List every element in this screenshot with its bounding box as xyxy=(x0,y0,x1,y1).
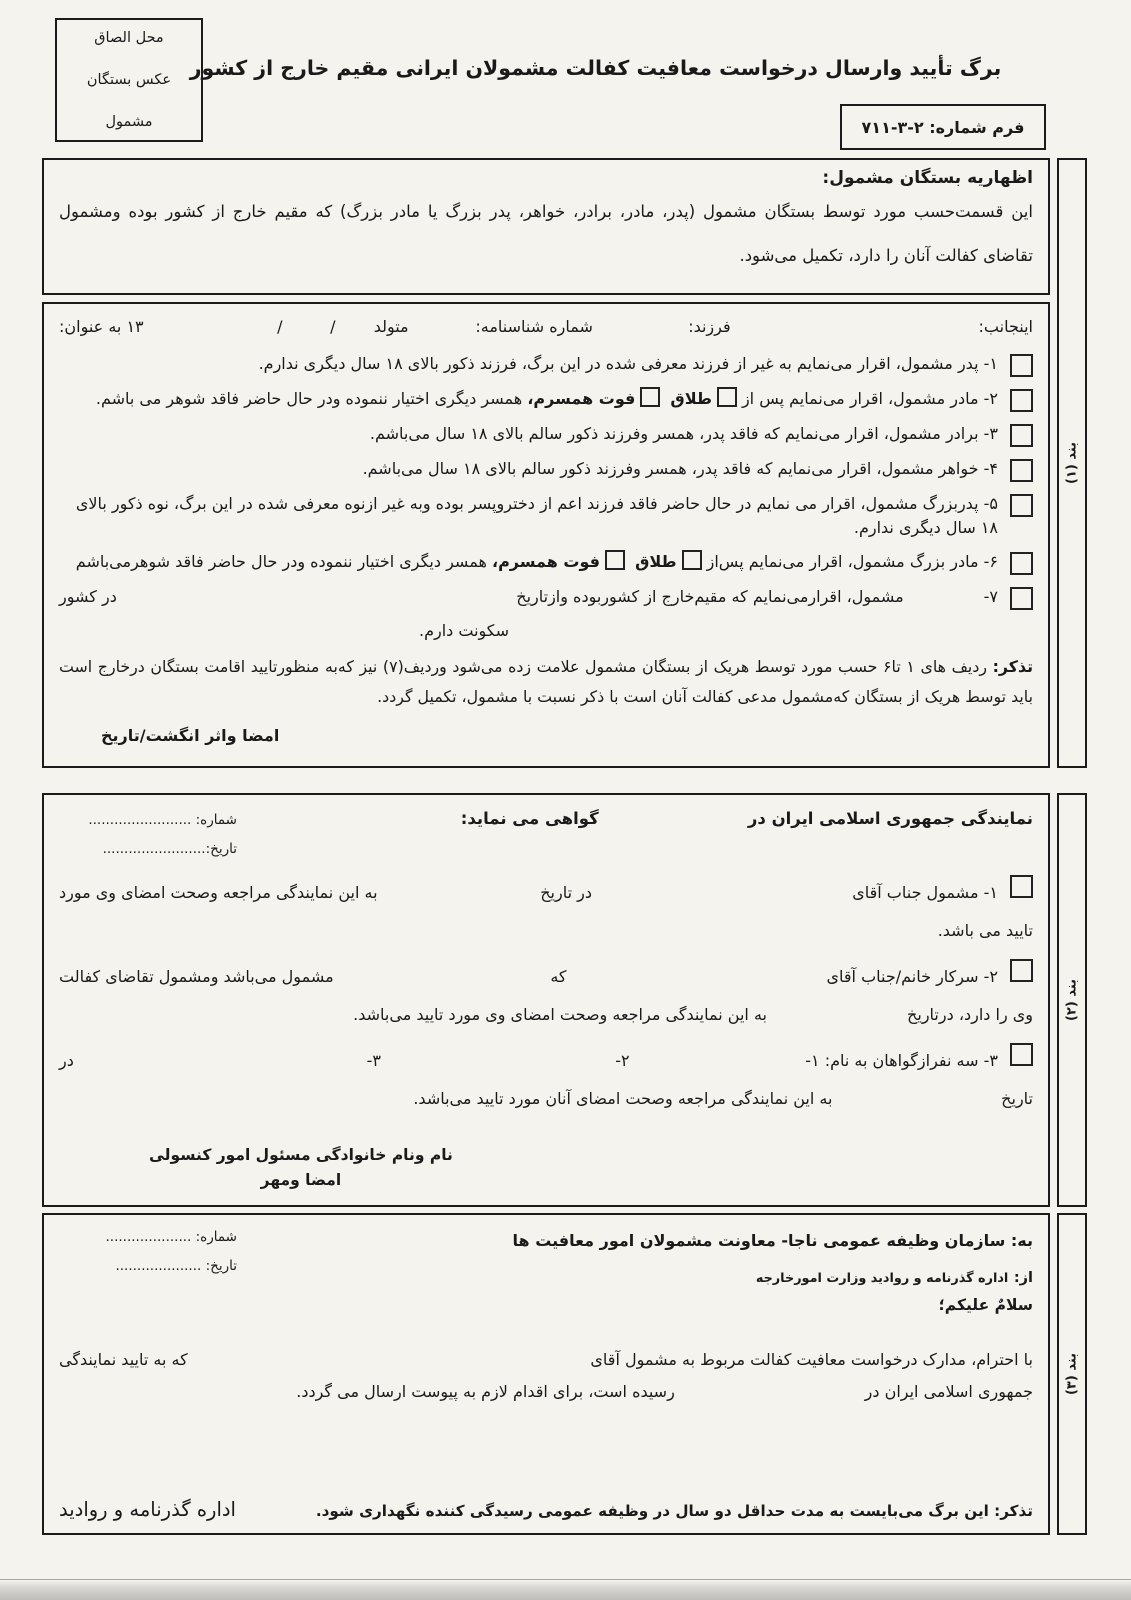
band-1-section: بند (۱) اظهاریه بستگان مشمول: این قسمت‌ح… xyxy=(42,158,1087,768)
statement-row-5: ۵- پدربزرگ مشمول، اقرار می نمایم در حال … xyxy=(59,492,1033,540)
statement-1-number: ۱- xyxy=(984,354,998,373)
salutation: سلامٌ علیکم؛ xyxy=(59,1296,1033,1314)
certify-3-number: ۳- xyxy=(984,1051,998,1070)
statement-row-7: ۷- مشمول، اقرارمی‌نمایم که مقیم‌خارج از … xyxy=(59,585,1033,610)
letter-header-row: به: سازمان وظیفه عمومی ناجا- معاونت مشمو… xyxy=(59,1229,1033,1286)
statement-6-option-divorce: طلاق xyxy=(635,552,677,571)
letter-body-1b: که به تایید نمایندگی xyxy=(59,1344,188,1376)
statement-7-number: ۷- xyxy=(984,585,998,609)
number-field[interactable]: شماره: ........................ xyxy=(59,812,237,828)
certify-2-a: ۲- سرکار خانم/جناب آقای xyxy=(827,965,999,989)
statement-row-1: ۱- پدر مشمول، اقرار می‌نمایم به غیر از ف… xyxy=(59,352,1033,377)
declaration-box: اظهاریه بستگان مشمول: این قسمت‌حسب مورد … xyxy=(42,158,1050,295)
checkbox-certify-3[interactable] xyxy=(1010,1043,1033,1066)
statement-2-pre: مادر مشمول، اقرار می‌نمایم پس از xyxy=(742,389,979,408)
passport-office-label: اداره گذرنامه و روادید xyxy=(59,1498,236,1521)
statements-box: اینجانب: فرزند: شماره شناسنامه: متولد / … xyxy=(42,302,1050,768)
band-3-section: بند (۳) به: سازمان وظیفه عمومی ناجا- معا… xyxy=(42,1213,1087,1535)
letter-body-2a: جمهوری اسلامی ایران در xyxy=(865,1376,1033,1408)
number-dotted-line: ........................ xyxy=(88,812,191,828)
certify-2-line2-body: به این نمایندگی مراجعه وصحت امضای وی مور… xyxy=(353,1003,767,1027)
checkbox-certify-1[interactable] xyxy=(1010,875,1033,898)
signature-seal-label: امضا ومهر xyxy=(149,1168,453,1193)
representation-heading: نمایندگی جمهوری اسلامی ایران در xyxy=(748,809,1033,828)
statement-6-post: همسر دیگری اختیار ننموده ودر حال حاضر فا… xyxy=(76,552,487,571)
checkbox-certify-2[interactable] xyxy=(1010,959,1033,982)
letter-body-1a: با احترام، مدارک درخواست معافیت کفالت مر… xyxy=(590,1344,1033,1376)
identity-label-child-of: فرزند: xyxy=(688,316,730,338)
letter-to-line: به: سازمان وظیفه عمومی ناجا- معاونت مشمو… xyxy=(237,1229,1033,1253)
certify-3-line2-right: تاریخ xyxy=(1001,1087,1033,1111)
statement-4-number: ۴- xyxy=(984,459,998,478)
certify-3-n3: ۳- xyxy=(367,1049,381,1073)
photo-box-line: محل الصاق xyxy=(61,30,197,46)
certify-1-tail: به این نمایندگی مراجعه وصحت امضای وی مور… xyxy=(59,881,378,905)
band-1-label: بند (۱) xyxy=(1065,442,1080,484)
certify-1-label: مشمول جناب آقای xyxy=(852,883,978,902)
form-title: برگ تأیید وارسال درخواست معافیت کفالت مش… xyxy=(140,56,1051,80)
statement-4-body: خواهر مشمول، اقرار می‌نمایم که فاقد پدر،… xyxy=(363,459,979,478)
checkbox-grandmother[interactable] xyxy=(1010,552,1033,575)
identity-row: اینجانب: فرزند: شماره شناسنامه: متولد / … xyxy=(59,316,1033,338)
statement-row-2: ۲- مادر مشمول، اقرار می‌نمایم پس ازطلاق … xyxy=(59,387,1033,412)
statement-1-body: پدر مشمول، اقرار می‌نمایم به غیر از فرزن… xyxy=(259,354,979,373)
certify-2-line2: وی را دارد، درتاریخ به این نمایندگی مراج… xyxy=(59,1003,1033,1027)
retention-note: تذکر: این برگ می‌بایست به مدت حداقل دو س… xyxy=(316,1502,1033,1520)
band-3-content: به: سازمان وظیفه عمومی ناجا- معاونت مشمو… xyxy=(42,1213,1050,1535)
scanner-edge-shadow xyxy=(0,1579,1131,1600)
band-3-side-strip: بند (۳) xyxy=(1057,1213,1087,1535)
statement-row-4: ۴- خواهر مشمول، اقرار می‌نمایم که فاقد پ… xyxy=(59,457,1033,482)
identity-label-year-role: ۱۳ به عنوان: xyxy=(59,316,144,338)
certify-row-3: ۳- سه نفرازگواهان به نام: ۱- ۲- ۳- در xyxy=(59,1041,1033,1073)
number-dotted-line-3: .................... xyxy=(106,1229,192,1245)
letter-body: با احترام، مدارک درخواست معافیت کفالت مر… xyxy=(59,1344,1033,1408)
letter-footer-row: تذکر: این برگ می‌بایست به مدت حداقل دو س… xyxy=(59,1498,1033,1521)
statement-6-pre: مادر بزرگ مشمول، اقرار می‌نمایم پس‌از xyxy=(707,552,979,571)
band-2-number-date: شماره: ........................ تاریخ:..… xyxy=(59,812,237,857)
statement-7-line2: سکونت دارم. xyxy=(59,620,1033,642)
date-label: تاریخ: xyxy=(206,841,237,857)
letter-box: به: سازمان وظیفه عمومی ناجا- معاونت مشمو… xyxy=(42,1213,1050,1535)
letter-from-line: از: اداره گذرنامه و روادید وزارت امورخار… xyxy=(237,1267,1033,1286)
certify-3-label: سه نفرازگواهان به نام: ۱- xyxy=(805,1051,978,1070)
statement-7-body: مشمول، اقرارمی‌نمایم که مقیم‌خارج از کشو… xyxy=(516,585,904,609)
statement-3-number: ۳- xyxy=(984,424,998,443)
letter-body-line-2: جمهوری اسلامی ایران در رسیده است، برای ا… xyxy=(59,1376,1033,1408)
band-2-side-strip: بند (۲) xyxy=(1057,793,1087,1207)
statement-6-text: ۶- مادر بزرگ مشمول، اقرار می‌نمایم پس‌از… xyxy=(59,550,998,574)
band-2-section: بند (۲) نمایندگی جمهوری اسلامی ایران در … xyxy=(42,793,1087,1207)
statement-2-option-death: فوت همسرم، xyxy=(527,389,635,408)
certify-3-line2-body: به این نمایندگی مراجعه وصحت امضای آنان م… xyxy=(413,1087,832,1111)
certify-3-n2: ۲- xyxy=(615,1049,629,1073)
identity-label-born: متولد xyxy=(374,316,409,338)
checkbox-father[interactable] xyxy=(1010,354,1033,377)
band-2-content: نمایندگی جمهوری اسلامی ایران در گواهی می… xyxy=(42,793,1050,1207)
date-dotted-line: ........................ xyxy=(103,841,206,857)
statement-2-text: ۲- مادر مشمول، اقرار می‌نمایم پس ازطلاق … xyxy=(59,387,998,411)
certify-3-dar: در xyxy=(59,1049,74,1073)
number-label: شماره: xyxy=(196,812,237,828)
letter-addresses: به: سازمان وظیفه عمومی ناجا- معاونت مشمو… xyxy=(237,1229,1033,1286)
band-1-side-strip: بند (۱) xyxy=(1057,158,1087,768)
certify-3-a: ۳- سه نفرازگواهان به نام: ۱- xyxy=(805,1049,998,1073)
statement-5-body: پدربزرگ مشمول، اقرار می نمایم در حال حاض… xyxy=(76,494,998,537)
checkbox-spouse-death[interactable] xyxy=(640,387,660,407)
representation-header-row: نمایندگی جمهوری اسلامی ایران در گواهی می… xyxy=(59,809,1033,857)
statement-row-3: ۳- برادر مشمول، اقرار می‌نمایم که فاقد پ… xyxy=(59,422,1033,447)
note-body: ردیف های ۱ تا۶ حسب مورد توسط هریک از بست… xyxy=(59,657,1033,706)
checkbox-mother[interactable] xyxy=(1010,389,1033,412)
statement-3-text: ۳- برادر مشمول، اقرار می‌نمایم که فاقد پ… xyxy=(59,422,998,446)
consular-official-block: نام ونام خانوادگی مسئول امور کنسولی امضا… xyxy=(149,1143,453,1193)
certify-2-tail: مشمول می‌باشد ومشمول تقاضای کفالت xyxy=(59,965,334,989)
representation-box: نمایندگی جمهوری اسلامی ایران در گواهی می… xyxy=(42,793,1050,1207)
certify-row-1: ۱- مشمول جناب آقای در تاریخ به این نماین… xyxy=(59,873,1033,905)
statement-5-text: ۵- پدربزرگ مشمول، اقرار می نمایم در حال … xyxy=(59,492,998,540)
date-field[interactable]: تاریخ:........................ xyxy=(59,841,237,857)
checkbox-conscript[interactable] xyxy=(1010,587,1033,610)
statement-3-body: برادر مشمول، اقرار می‌نمایم که فاقد پدر،… xyxy=(370,424,979,443)
from-text: اداره گذرنامه و روادید وزارت امورخارجه xyxy=(756,1271,1008,1286)
band-1-content: اظهاریه بستگان مشمول: این قسمت‌حسب مورد … xyxy=(42,158,1050,768)
statement-6-option-death: فوت همسرم، xyxy=(492,552,600,571)
date-label-3: تاریخ: xyxy=(206,1258,237,1274)
certify-1-line2: تایید می باشد. xyxy=(59,919,1033,943)
band-3-label: بند (۳) xyxy=(1065,1353,1080,1395)
statement-2-option-divorce: طلاق xyxy=(670,389,712,408)
number-field-3[interactable]: شماره: .................... xyxy=(59,1229,237,1245)
statement-6-number: ۶- xyxy=(984,552,998,571)
certify-1-on-date: در تاریخ xyxy=(540,881,592,905)
date-slash: / xyxy=(277,316,282,338)
certify-2-line2-right: وی را دارد، درتاریخ xyxy=(907,1003,1033,1027)
letter-body-line-1: با احترام، مدارک درخواست معافیت کفالت مر… xyxy=(59,1344,1033,1376)
checkbox-divorce[interactable] xyxy=(717,387,737,407)
declaration-text: این قسمت‌حسب مورد توسط بستگان مشمول (پدر… xyxy=(59,190,1033,278)
scanned-form-page: محل الصاق عکس بستگان مشمول برگ تأیید وار… xyxy=(0,0,1131,1600)
certify-2-number: ۲- xyxy=(984,967,998,986)
statement-2-post: همسر دیگری اختیار ننموده ودر حال حاضر فا… xyxy=(96,389,522,408)
certify-3-line2: تاریخ به این نمایندگی مراجعه وصحت امضای … xyxy=(59,1087,1033,1111)
note-label: تذکر: xyxy=(993,657,1033,676)
checkbox-divorce-grandmother[interactable] xyxy=(682,550,702,570)
photo-attach-box: محل الصاق عکس بستگان مشمول xyxy=(55,18,203,142)
statement-4-text: ۴- خواهر مشمول، اقرار می‌نمایم که فاقد پ… xyxy=(59,457,998,481)
form-number: فرم شماره: ۲-۳-۷۱۱ xyxy=(862,118,1025,137)
certify-2-label: سرکار خانم/جناب آقای xyxy=(827,967,979,986)
certify-row-2: ۲- سرکار خانم/جناب آقای که مشمول می‌باشد… xyxy=(59,957,1033,989)
statement-row-6: ۶- مادر بزرگ مشمول، اقرار می‌نمایم پس‌از… xyxy=(59,550,1033,575)
date-dotted-line-3: .................... xyxy=(115,1258,201,1274)
date-field-3[interactable]: تاریخ: .................... xyxy=(59,1258,237,1274)
consular-official-name-label: نام ونام خانوادگی مسئول امور کنسولی xyxy=(149,1143,453,1168)
certify-1-number: ۱- xyxy=(984,883,998,902)
identity-label-injanab: اینجانب: xyxy=(979,316,1033,338)
number-label-3: شماره: xyxy=(196,1229,237,1245)
statement-1-text: ۱- پدر مشمول، اقرار می‌نمایم به غیر از ف… xyxy=(59,352,998,376)
checkbox-grandfather[interactable] xyxy=(1010,494,1033,517)
certify-2-ke: که xyxy=(550,965,566,989)
band-2-label: بند (۲) xyxy=(1065,979,1080,1021)
form-number-box: فرم شماره: ۲-۳-۷۱۱ xyxy=(840,104,1046,150)
date-slash: / xyxy=(330,316,335,338)
checkbox-brother[interactable] xyxy=(1010,424,1033,447)
checkbox-sister[interactable] xyxy=(1010,459,1033,482)
signature-fingerprint-label: امضا واثر انگشت/تاریخ xyxy=(101,726,279,745)
declaration-title: اظهاریه بستگان مشمول: xyxy=(59,168,1033,188)
band-1-note: تذکر: ردیف های ۱ تا۶ حسب مورد توسط هریک … xyxy=(59,652,1033,712)
letter-body-2b: رسیده است، برای اقدام لازم به پیوست ارسا… xyxy=(296,1376,675,1408)
certify-heading: گواهی می نماید: xyxy=(461,809,599,828)
statement-2-number: ۲- xyxy=(984,389,998,408)
statement-5-number: ۵- xyxy=(984,494,998,513)
identity-label-id-number: شماره شناسنامه: xyxy=(475,316,592,338)
from-label: از: xyxy=(1014,1270,1033,1286)
band-3-number-date: شماره: .................... تاریخ: .....… xyxy=(59,1229,237,1274)
checkbox-spouse-death-grandmother[interactable] xyxy=(605,550,625,570)
statement-7-tail: در کشور xyxy=(59,585,117,609)
photo-box-line: مشمول xyxy=(61,114,197,130)
certify-1-a: ۱- مشمول جناب آقای xyxy=(852,881,998,905)
